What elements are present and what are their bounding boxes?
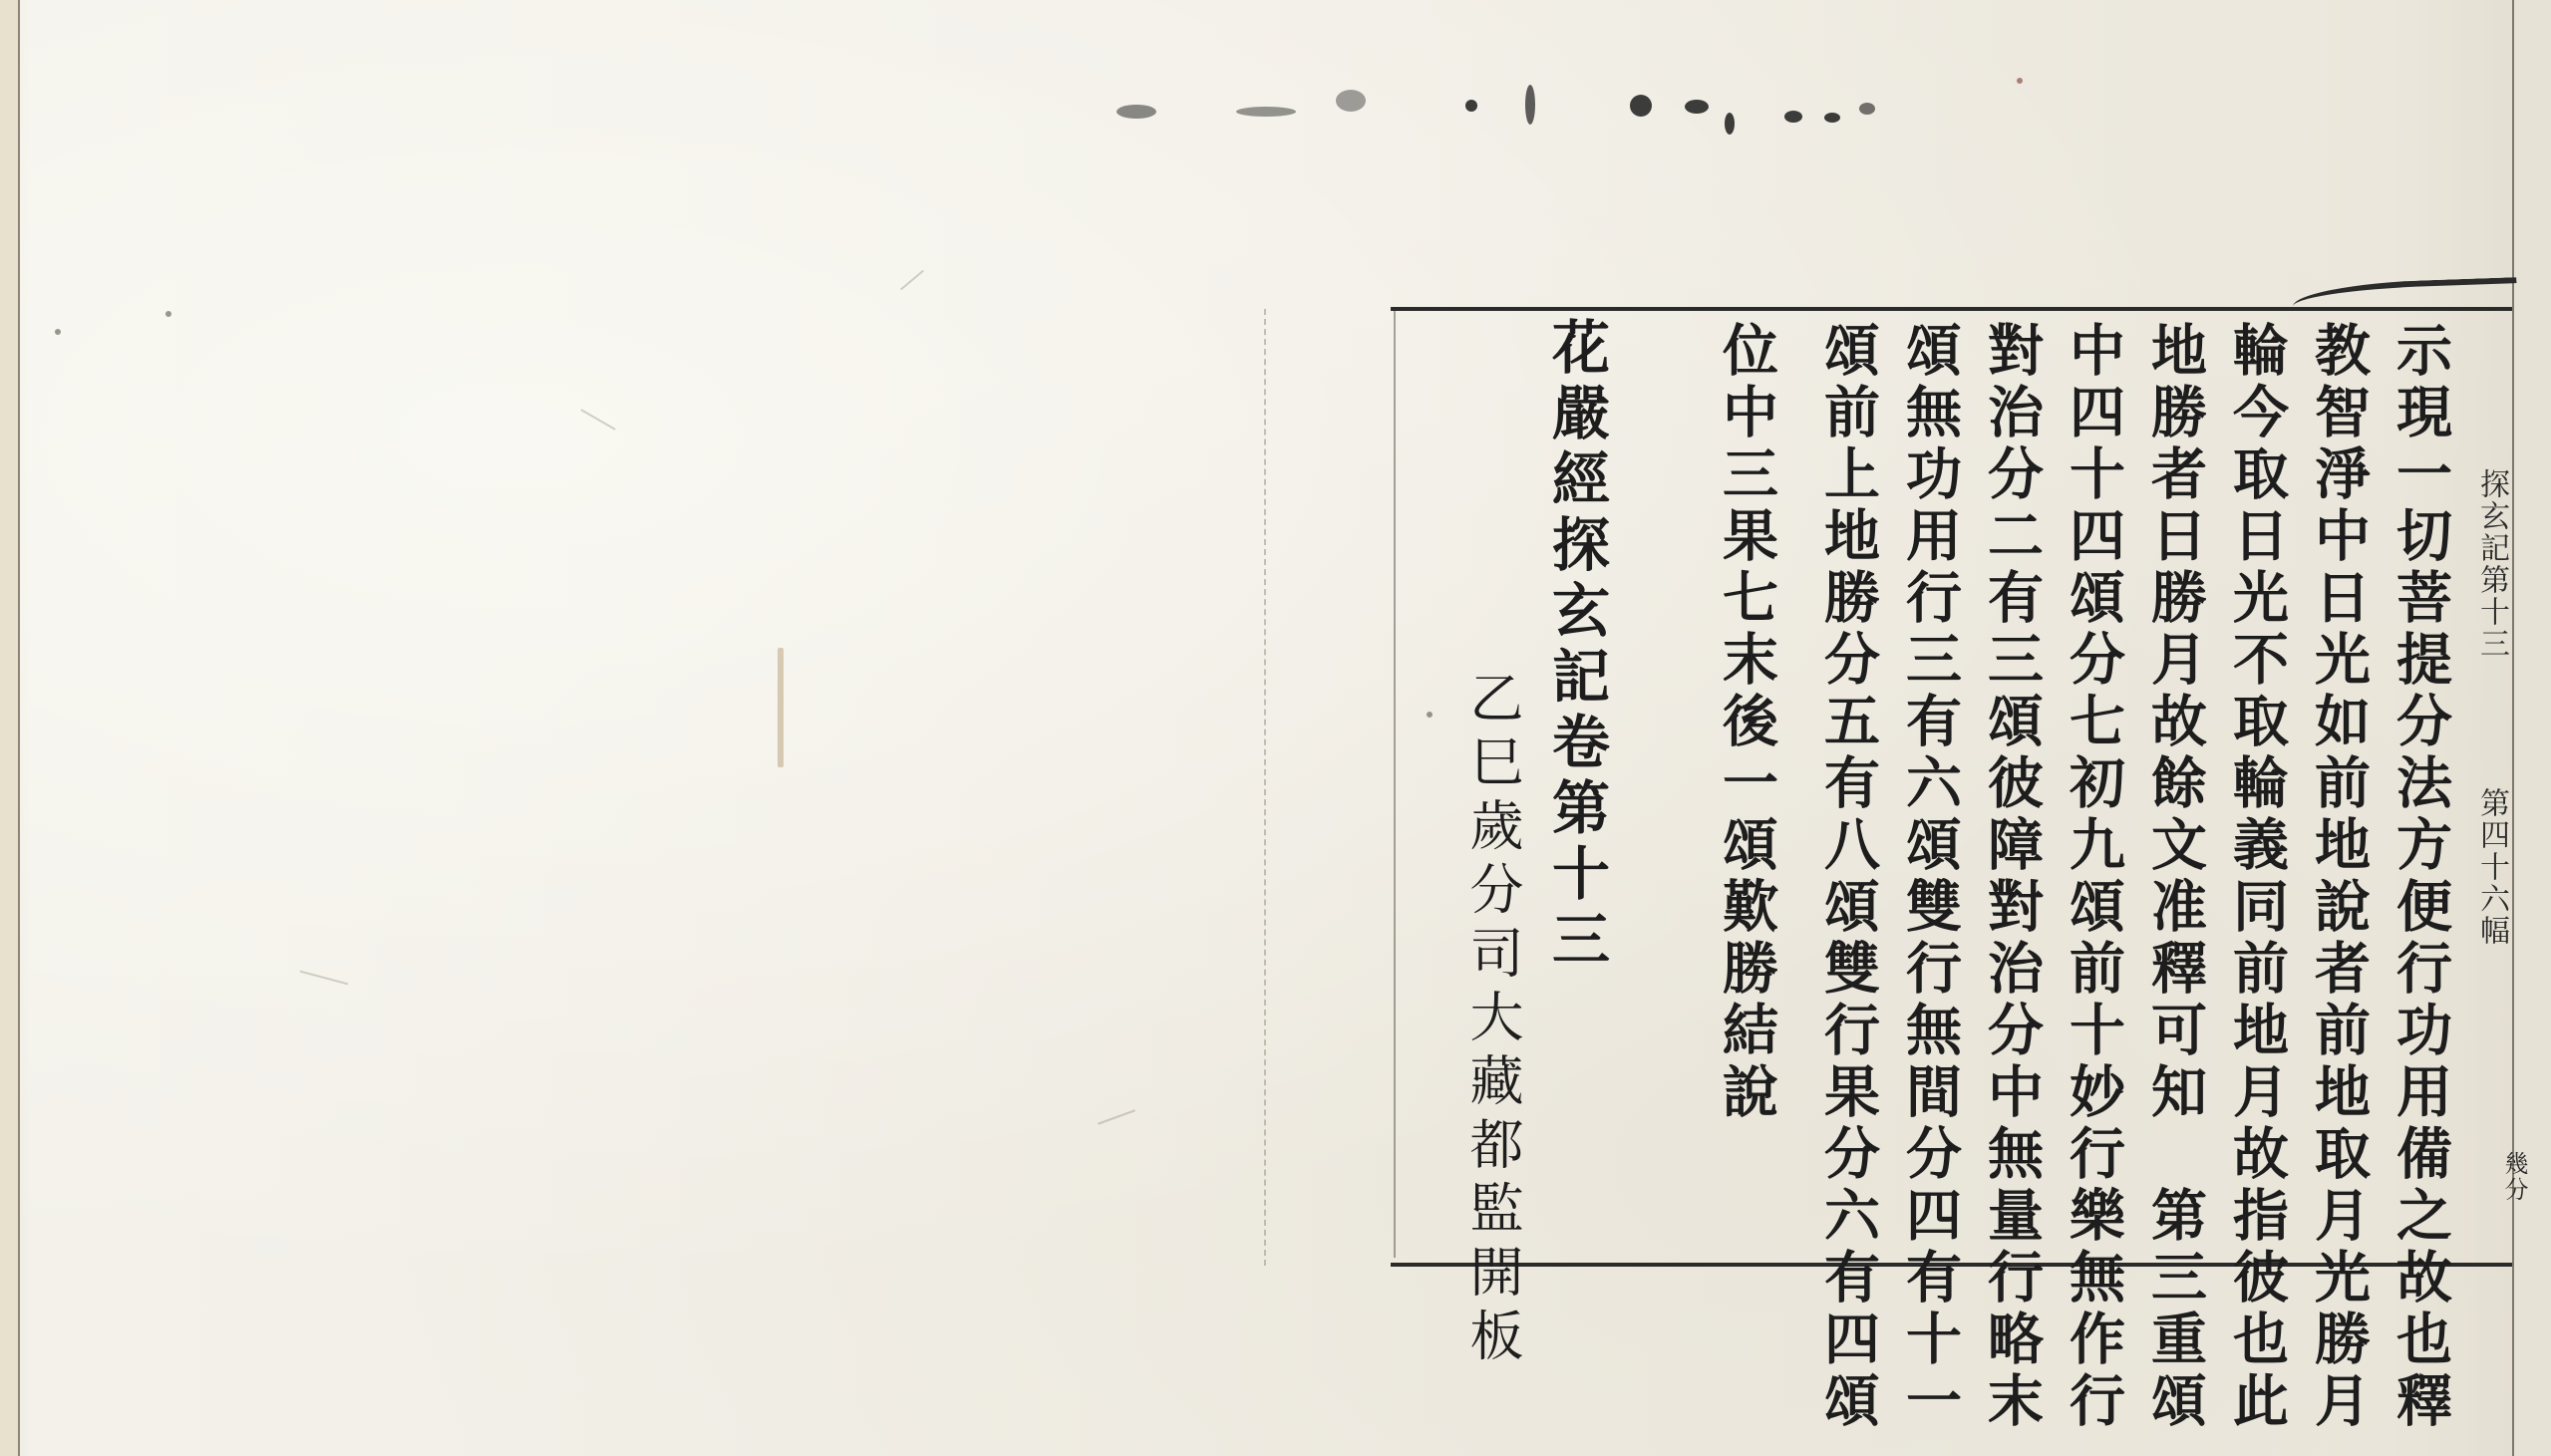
- text-column-4: 地勝者日勝月故餘文准釋可知 第三重頌: [2147, 321, 2203, 1433]
- paper-fleck: [2017, 78, 2023, 84]
- frame-left-rule: [1394, 311, 1396, 1258]
- text-column-9: 位中三果七末後一頌歎勝結說: [1719, 321, 1774, 1124]
- text-column-8: 頌前上地勝分五有八頌雙行果分六有四頌: [1820, 321, 1876, 1433]
- right-page-fold: [2512, 0, 2551, 1456]
- edge-fragment-label: 幾分: [2502, 1151, 2526, 1203]
- fascicle-margin-label: 探玄記第十三: [2476, 468, 2506, 660]
- text-column-3: 輪今取日光不取輪義同前地月故指彼也此: [2229, 321, 2285, 1433]
- page-margin-label: 第四十六幅: [2476, 787, 2506, 947]
- text-column-5: 中四十四頌分七初九頌前十妙行樂無作行: [2066, 321, 2121, 1433]
- paper-fleck: [165, 311, 171, 317]
- text-column-7: 頌無功用行三有六頌雙行無間分四有十一: [1902, 321, 1958, 1433]
- colophon-column: 乙巳歲分司大藏都監開板: [1465, 670, 1519, 1371]
- paper-fleck: [1427, 712, 1433, 718]
- text-column-6: 對治分二有三頌彼障對治分中無量行略末: [1984, 321, 2040, 1433]
- paper-fiber: [778, 648, 784, 767]
- title-column: 花嚴經探玄記卷第十三: [1547, 317, 1605, 975]
- paper-fleck: [55, 329, 61, 335]
- left-page-fold: [0, 0, 20, 1456]
- text-column-1: 示現一切菩提分法方便行功用備之故也釋: [2392, 321, 2448, 1433]
- text-column-2: 教智淨中日光如前地說者前地取月光勝月: [2311, 321, 2367, 1433]
- faint-column-rule: [1264, 309, 1266, 1266]
- ink-bleed-smudge: [1087, 65, 2034, 135]
